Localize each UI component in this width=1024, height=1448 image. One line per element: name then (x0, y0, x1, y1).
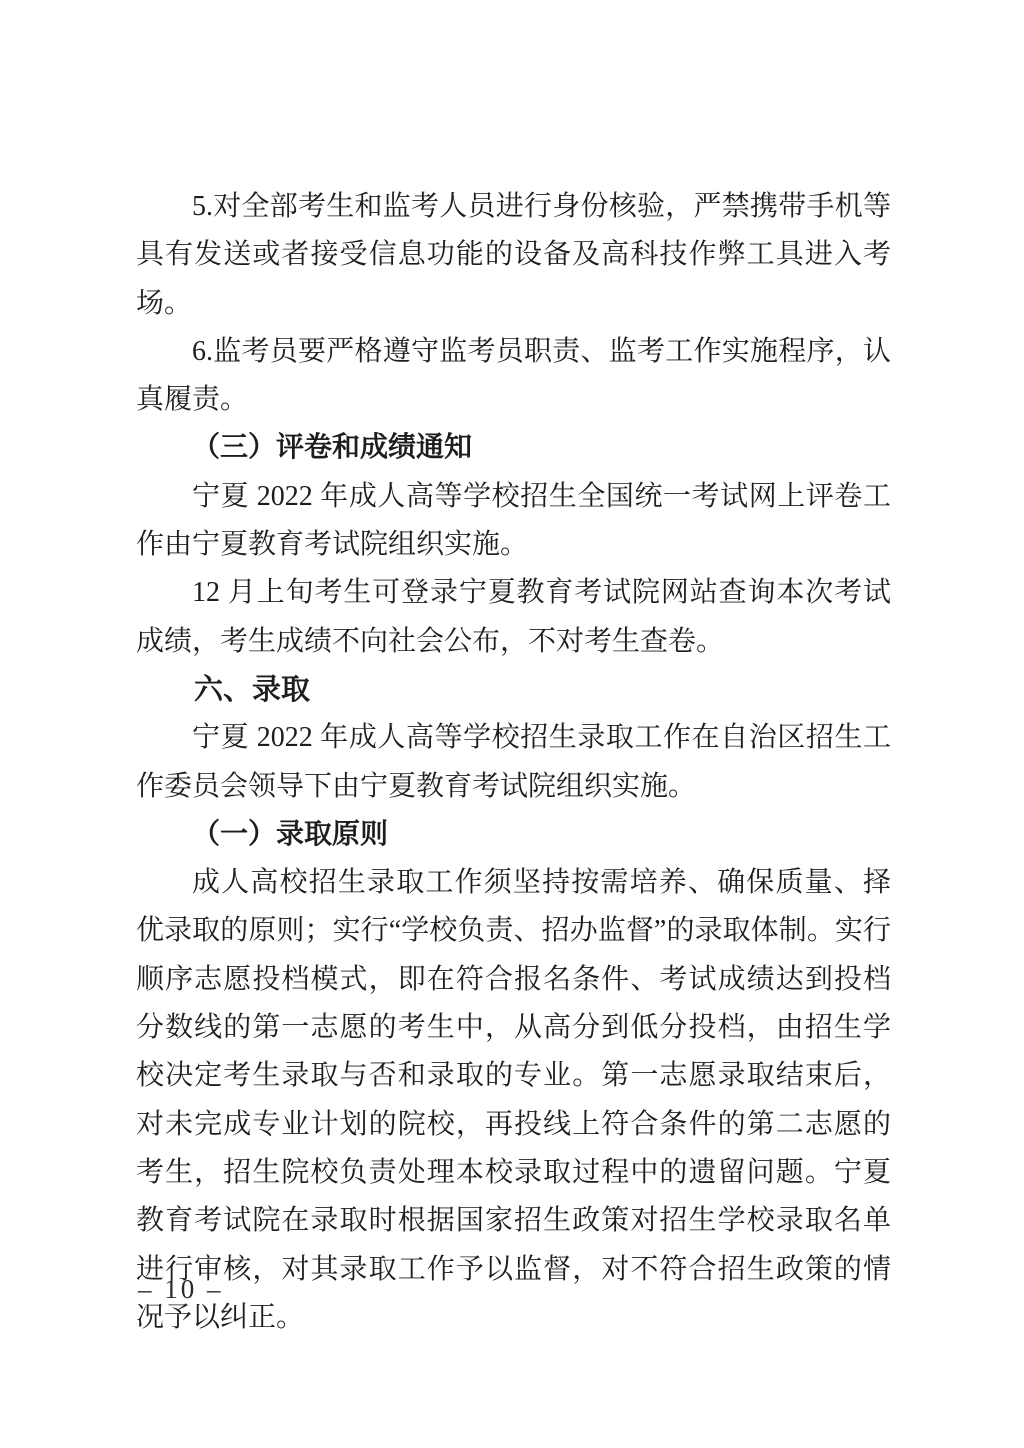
section-heading-grading-notice: （三）评卷和成绩通知 (136, 424, 891, 472)
paragraph-grading-org: 宁夏 2022 年成人高等学校招生全国统一考试网上评卷工作由宁夏教育考试院组织实… (136, 473, 891, 570)
document-body: 5.对全部考生和监考人员进行身份核验，严禁携带手机等具有发送或者接受信息功能的设… (136, 183, 891, 1342)
section-heading-admission: 六、录取 (136, 666, 891, 714)
paragraph-admission-org: 宁夏 2022 年成人高等学校招生录取工作在自治区招生工作委员会领导下由宁夏教育… (136, 714, 891, 811)
paragraph-item-6: 6.监考员要严格遵守监考员职责、监考工作实施程序，认真履责。 (136, 328, 891, 425)
paragraph-admission-principles: 成人高校招生录取工作须坚持按需培养、确保质量、择优录取的原则；实行“学校负责、招… (136, 859, 891, 1342)
section-heading-admission-principles: （一）录取原则 (136, 811, 891, 859)
paragraph-item-5: 5.对全部考生和监考人员进行身份核验，严禁携带手机等具有发送或者接受信息功能的设… (136, 183, 891, 328)
paragraph-score-query: 12 月上旬考生可登录宁夏教育考试院网站查询本次考试成绩，考生成绩不向社会公布，… (136, 569, 891, 666)
document-page: 5.对全部考生和监考人员进行身份核验，严禁携带手机等具有发送或者接受信息功能的设… (0, 0, 1024, 1448)
page-number: – 10 – (138, 1274, 224, 1305)
